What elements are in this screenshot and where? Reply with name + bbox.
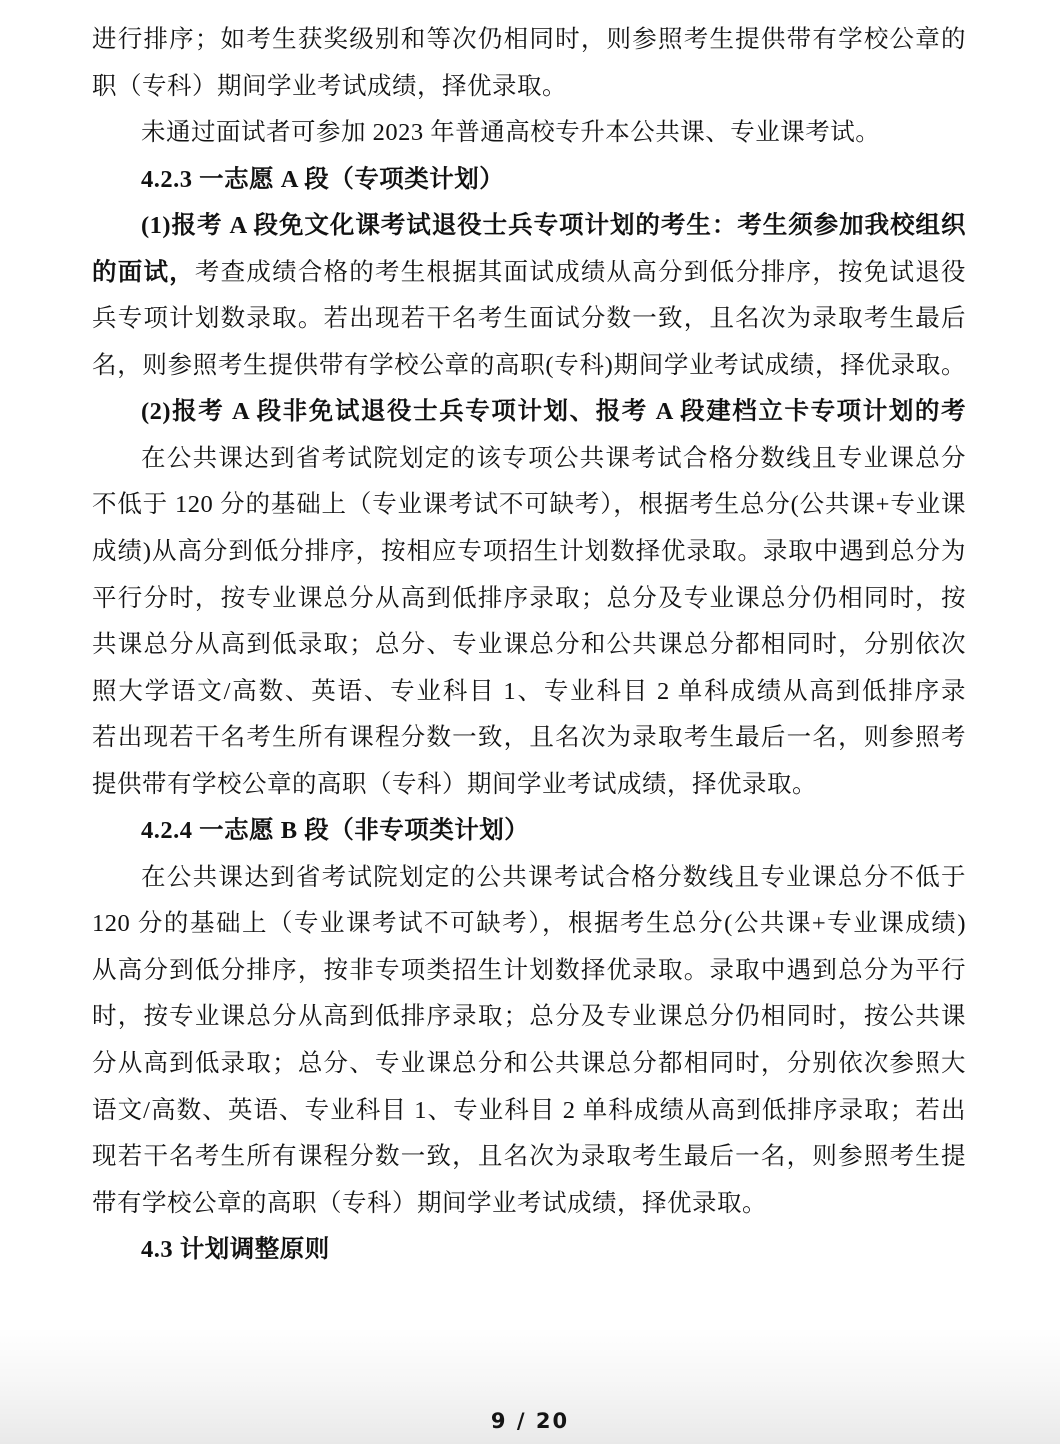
text-line: 带有学校公章的高职（专科）期间学业考试成绩，择优录取。 (92, 1181, 966, 1228)
text-line: 照大学语文/高数、英语、专业科目 1、专业科目 2 单科成绩从高到低排序录取； (92, 669, 966, 716)
text-segment: 语文/高数、英语、专业科目 1、专业科目 2 单科成绩从高到低排序录取；若出 (92, 1097, 966, 1124)
text-line: 现若干名考生所有课程分数一致，且名次为录取考生最后一名，则参照考生提供 (92, 1134, 966, 1181)
text-line: (2)报考 A 段非免试退役士兵专项计划、报考 A 段建档立卡专项计划的考生： (92, 389, 966, 436)
text-segment: 带有学校公章的高职（专科）期间学业考试成绩，择优录取。 (92, 1190, 767, 1217)
text-line: 成绩)从高分到低分排序，按相应专项招生计划数择优录取。录取中遇到总分为 (92, 529, 966, 576)
text-line: 120 分的基础上（专业课考试不可缺考），根据考生总分(公共课+专业课成绩) (92, 901, 966, 948)
bold-text-segment: 4.2.3 一志愿 A 段（专项类计划） (141, 166, 504, 193)
text-line: 4.3 计划调整原则 (92, 1227, 966, 1274)
text-segment: 照大学语文/高数、英语、专业科目 1、专业科目 2 单科成绩从高到低排序录取； (92, 678, 966, 716)
text-segment: 考查成绩合格的考生根据其面试成绩从高分到低分排序，按免试退役士 (92, 259, 966, 297)
text-line: 4.2.3 一志愿 A 段（专项类计划） (92, 157, 966, 204)
text-line: 的面试，考查成绩合格的考生根据其面试成绩从高分到低分排序，按免试退役士 (92, 250, 966, 297)
text-line: 共课总分从高到低录取；总分、专业课总分和公共课总分都相同时，分别依次参 (92, 622, 966, 669)
text-segment: 从高分到低分排序，按非专项类招生计划数择优录取。录取中遇到总分为平行分 (92, 957, 966, 995)
document-lines: 进行排序；如考生获奖级别和等次仍相同时，则参照考生提供带有学校公章的高职（专科）… (92, 17, 966, 1274)
text-segment: 现若干名考生所有课程分数一致，且名次为录取考生最后一名，则参照考生提供 (92, 1143, 966, 1181)
text-line: 在公共课达到省考试院划定的公共课考试合格分数线且专业课总分不低于 (92, 855, 966, 902)
text-line: 若出现若干名考生所有课程分数一致，且名次为录取考生最后一名，则参照考生 (92, 715, 966, 762)
text-segment: 分从高到低录取；总分、专业课总分和公共课总分都相同时，分别依次参照大学 (92, 1050, 966, 1088)
page-number-indicator: 9 / 20 (0, 1406, 1060, 1436)
text-segment: 平行分时，按专业课总分从高到低排序录取；总分及专业课总分仍相同时，按公 (92, 585, 966, 623)
text-line: 不低于 120 分的基础上（专业课考试不可缺考），根据考生总分(公共课+专业课 (92, 482, 966, 529)
text-segment: 职（专科）期间学业考试成绩，择优录取。 (92, 73, 567, 100)
document-page: 进行排序；如考生获奖级别和等次仍相同时，则参照考生提供带有学校公章的高职（专科）… (0, 0, 1060, 1444)
text-line: 4.2.4 一志愿 B 段（非专项类计划） (92, 808, 966, 855)
text-segment: 在公共课达到省考试院划定的公共课考试合格分数线且专业课总分不低于 (141, 864, 966, 891)
text-segment: 120 分的基础上（专业课考试不可缺考），根据考生总分(公共课+专业课成绩) (92, 910, 966, 937)
text-segment: 未通过面试者可参加 2023 年普通高校专升本公共课、专业课考试。 (141, 119, 880, 146)
bold-text-segment: 4.2.4 一志愿 B 段（非专项类计划） (141, 817, 529, 844)
text-segment: 兵专项计划数录取。若出现若干名考生面试分数一致，且名次为录取考生最后一 (92, 305, 966, 343)
text-line: 名，则参照考生提供带有学校公章的高职(专科)期间学业考试成绩，择优录取。 (92, 343, 966, 390)
text-line: 平行分时，按专业课总分从高到低排序录取；总分及专业课总分仍相同时，按公 (92, 576, 966, 623)
text-line: (1)报考 A 段免文化课考试退役士兵专项计划的考生：考生须参加我校组织 (92, 203, 966, 250)
text-segment: 时，按专业课总分从高到低排序录取；总分及专业课总分仍相同时，按公共课总 (92, 1003, 966, 1041)
text-line: 语文/高数、英语、专业科目 1、专业科目 2 单科成绩从高到低排序录取；若出 (92, 1088, 966, 1135)
text-line: 进行排序；如考生获奖级别和等次仍相同时，则参照考生提供带有学校公章的高 (92, 17, 966, 64)
text-segment: 成绩)从高分到低分排序，按相应专项招生计划数择优录取。录取中遇到总分为 (92, 538, 966, 565)
text-line: 时，按专业课总分从高到低排序录取；总分及专业课总分仍相同时，按公共课总 (92, 994, 966, 1041)
text-line: 分从高到低录取；总分、专业课总分和公共课总分都相同时，分别依次参照大学 (92, 1041, 966, 1088)
bold-text-segment: 的面试， (92, 259, 195, 286)
text-line: 提供带有学校公章的高职（专科）期间学业考试成绩，择优录取。 (92, 762, 966, 809)
text-line: 在公共课达到省考试院划定的该专项公共课考试合格分数线且专业课总分 (92, 436, 966, 483)
text-segment: 在公共课达到省考试院划定的该专项公共课考试合格分数线且专业课总分 (141, 445, 966, 472)
text-segment: 提供带有学校公章的高职（专科）期间学业考试成绩，择优录取。 (92, 771, 817, 798)
text-segment: 进行排序；如考生获奖级别和等次仍相同时，则参照考生提供带有学校公章的高 (92, 26, 966, 64)
text-line: 未通过面试者可参加 2023 年普通高校专升本公共课、专业课考试。 (92, 110, 966, 157)
text-line: 职（专科）期间学业考试成绩，择优录取。 (92, 64, 966, 111)
bold-text-segment: (1)报考 A 段免文化课考试退役士兵专项计划的考生：考生须参加我校组织 (141, 212, 966, 239)
bold-text-segment: (2)报考 A 段非免试退役士兵专项计划、报考 A 段建档立卡专项计划的考生： (92, 398, 966, 436)
text-line: 兵专项计划数录取。若出现若干名考生面试分数一致，且名次为录取考生最后一 (92, 296, 966, 343)
text-segment: 名，则参照考生提供带有学校公章的高职(专科)期间学业考试成绩，择优录取。 (92, 352, 966, 379)
text-line: 从高分到低分排序，按非专项类招生计划数择优录取。录取中遇到总分为平行分 (92, 948, 966, 995)
bold-text-segment: 4.3 计划调整原则 (141, 1236, 330, 1263)
text-segment: 若出现若干名考生所有课程分数一致，且名次为录取考生最后一名，则参照考生 (92, 724, 966, 762)
text-segment: 不低于 120 分的基础上（专业课考试不可缺考），根据考生总分(公共课+专业课 (92, 491, 966, 518)
text-segment: 共课总分从高到低录取；总分、专业课总分和公共课总分都相同时，分别依次参 (92, 631, 966, 669)
